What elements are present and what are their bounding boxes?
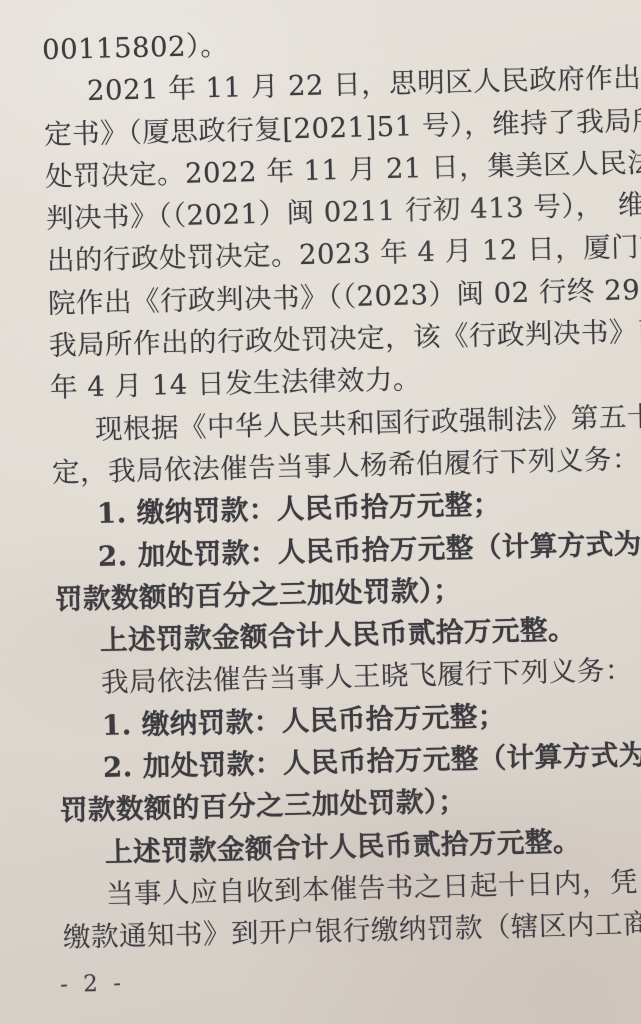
page-number: - 2 - (60, 970, 125, 998)
scanned-document-page: 00115802）。 2021 年 11 月 22 日，思明区人民政府作出《行政… (0, 0, 641, 1024)
document-body: 00115802）。 2021 年 11 月 22 日，思明区人民政府作出《行政… (42, 16, 622, 959)
paper-sheet: 00115802）。 2021 年 11 月 22 日，思明区人民政府作出《行政… (0, 0, 641, 1024)
